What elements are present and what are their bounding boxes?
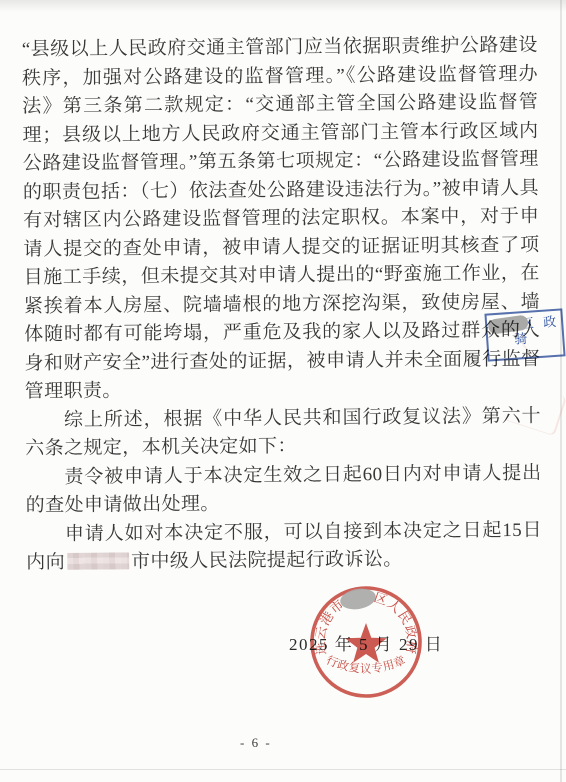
decision-text-block: “县级以上人民政府交通主管部门应当依据职责维护公路建设秩序，加强对公路建设的监督…: [22, 32, 543, 578]
redacted-city-name: [67, 552, 129, 570]
paragraph-conclusion: 综上所述，根据《中华人民共和国行政复议法》第六十六条之规定，本机关决定如下：: [25, 402, 541, 464]
scanned-document-page: “县级以上人民政府交通主管部门应当依据职责维护公路建设秩序，加强对公路建设的监督…: [0, 0, 566, 782]
blue-registration-stamp: 区 政 骑: [484, 308, 565, 361]
scan-edge-right: [560, 0, 562, 782]
scan-edge-top: [0, 0, 566, 12]
litigation-text-after: 市中级人民法院提起行政诉讼。: [131, 549, 403, 572]
paragraph-decision-order: 责令被申请人于本决定生效之日起60日内对申请人提出的查处申请做出处理。: [25, 459, 541, 521]
scan-edge-bottom: [0, 769, 566, 770]
paragraph-legal-basis: “县级以上人民政府交通主管部门应当依据职责维护公路建设秩序，加强对公路建设的监督…: [22, 32, 541, 407]
paragraph-litigation-rights: 申请人如对本决定不服，可以自接到本决定之日起15日内向市中级人民法院提起行政诉讼…: [26, 516, 542, 578]
seal-bottom-text: 行政复议专用章: [324, 653, 408, 676]
decision-date: 2025 年 5 月 29 日: [289, 630, 443, 655]
page-number: - 6 -: [240, 735, 272, 751]
